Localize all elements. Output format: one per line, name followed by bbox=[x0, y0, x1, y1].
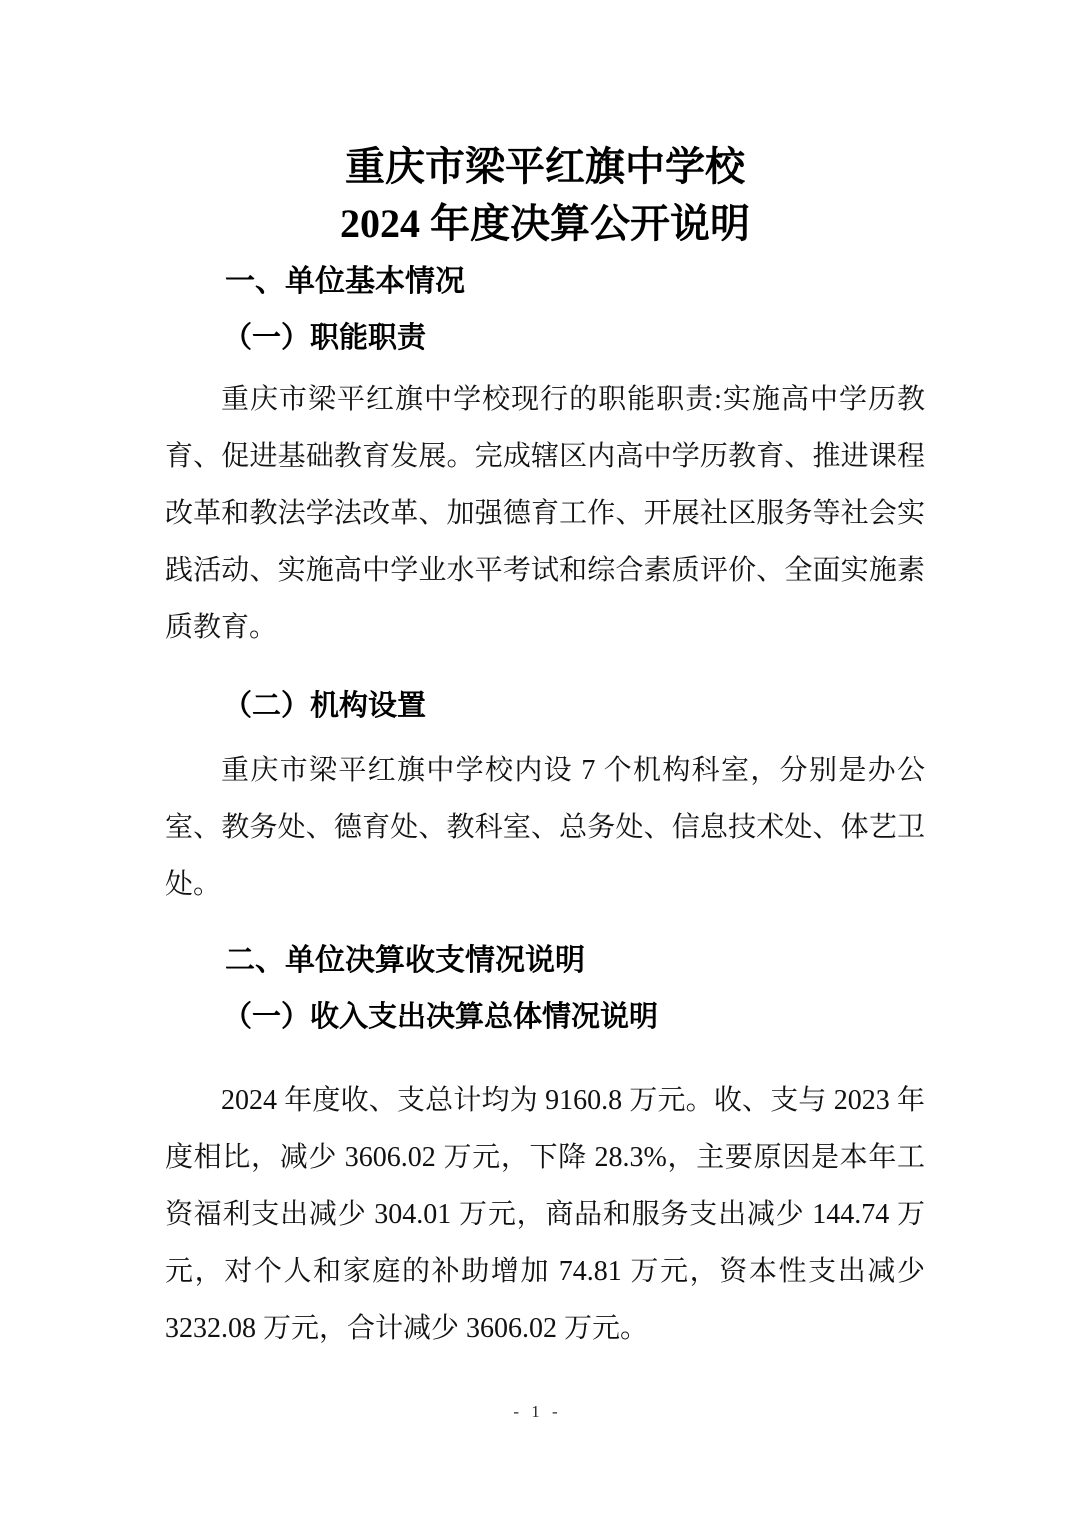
section-2-heading: 二、单位决算收支情况说明 bbox=[165, 932, 925, 989]
document-title-line2: 2024 年度决算公开说明 bbox=[340, 201, 750, 246]
section-1-heading: 一、单位基本情况 bbox=[165, 253, 925, 310]
subsection-1-2-heading: （二）机构设置 bbox=[165, 678, 925, 735]
page-number: - 1 - bbox=[0, 1402, 1075, 1422]
subsection-2-1-heading: （一）收入支出决算总体情况说明 bbox=[165, 989, 925, 1046]
document-title-line1: 重庆市梁平红旗中学校 bbox=[345, 144, 745, 189]
document-page: 重庆市梁平红旗中学校 2024 年度决算公开说明 一、单位基本情况 （一）职能职… bbox=[0, 0, 1075, 1520]
document-content: 重庆市梁平红旗中学校 2024 年度决算公开说明 一、单位基本情况 （一）职能职… bbox=[0, 138, 1075, 1357]
subsection-1-1-heading: （一）职能职责 bbox=[165, 310, 925, 367]
subsection-1-2-paragraph: 重庆市梁平红旗中学校内设 7 个机构科室，分别是办公室、教务处、德育处、教科室、… bbox=[165, 742, 925, 913]
subsection-1-1-paragraph: 重庆市梁平红旗中学校现行的职能职责:实施高中学历教育、促进基础教育发展。完成辖区… bbox=[165, 371, 925, 656]
document-title: 重庆市梁平红旗中学校 2024 年度决算公开说明 bbox=[165, 138, 925, 252]
subsection-2-1-paragraph: 2024 年度收、支总计均为 9160.8 万元。收、支与 2023 年度相比，… bbox=[165, 1072, 925, 1357]
